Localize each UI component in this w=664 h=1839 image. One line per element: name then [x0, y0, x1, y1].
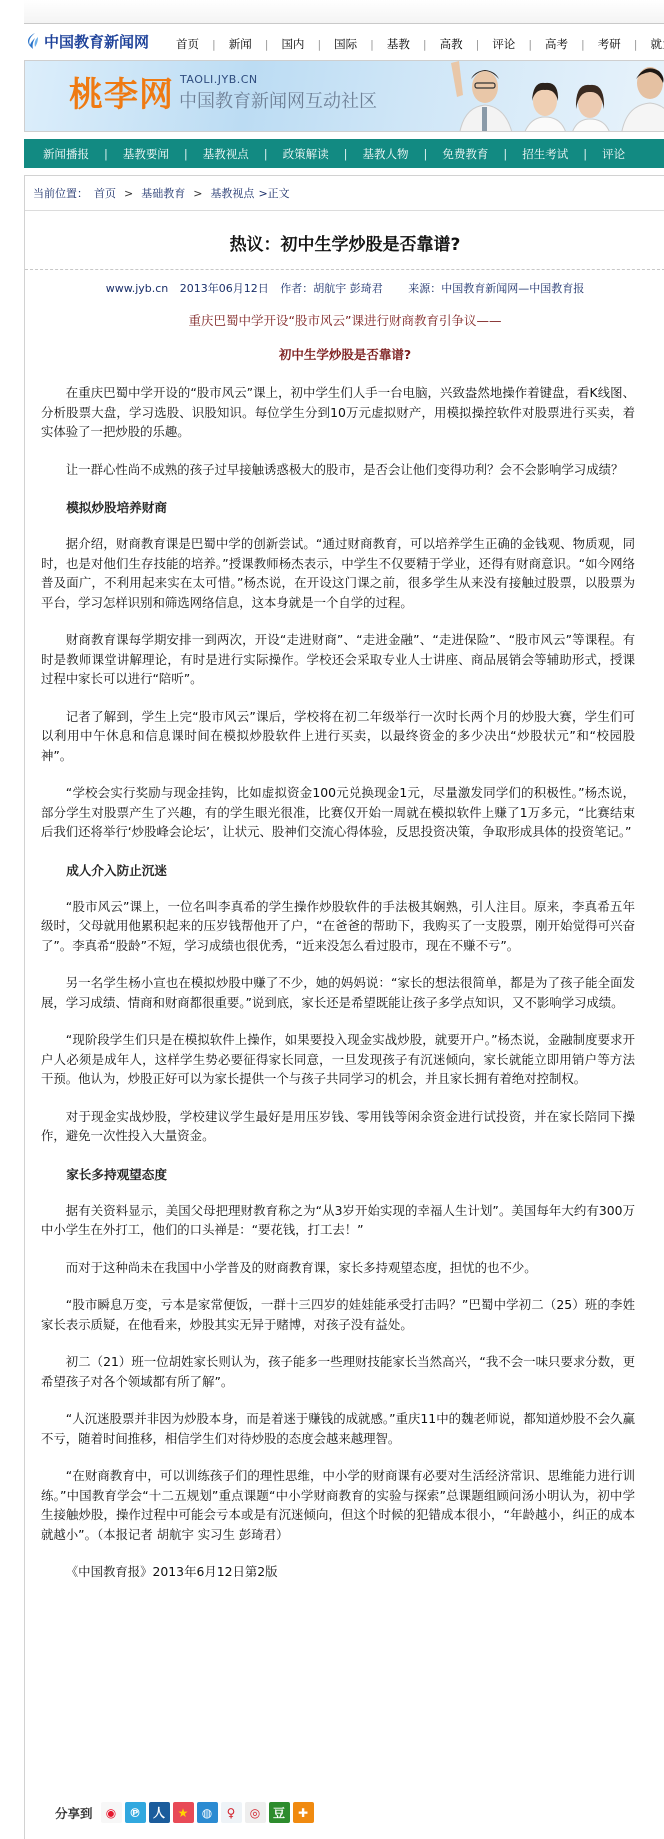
- breadcrumb-viewpoint[interactable]: 基教视点: [210, 185, 254, 201]
- section-heading: 家长多持观望态度: [41, 1164, 635, 1183]
- article-paragraph: 在重庆巴蜀中学开设的“股市风云”课上，初中学生们人手一台电脑，兴致盎然地操作着键…: [41, 383, 635, 442]
- section-nav-link[interactable]: 基教视点: [203, 146, 249, 162]
- article-paragraph: 让一群心性尚不成熟的孩子过早接触诱惑极大的股市，是否会让他们变得功利？会不会影响…: [41, 460, 635, 480]
- nav-separator: |: [423, 38, 427, 51]
- top-nav-link[interactable]: 国内: [281, 36, 304, 52]
- article-paragraph: “学校会实行奖励与现金挂钩，比如虚拟资金100元兑换现金1元，尽量激发同学们的积…: [41, 783, 635, 842]
- nav-separator: |: [581, 38, 585, 51]
- nav-separator: |: [424, 147, 428, 161]
- article-paragraph: 财商教育课每学期安排一到两次，开设“走进财商”、“走进金融”、“走进保险”、“股…: [41, 630, 635, 689]
- section-nav-link[interactable]: 基教要闻: [123, 146, 169, 162]
- section-nav-item: |基教人物: [329, 146, 409, 162]
- section-nav: 新闻播报|基教要闻|基教视点|政策解读|基教人物|免费教育|招生考试|评论: [24, 139, 664, 168]
- section-nav-link[interactable]: 评论: [602, 146, 625, 162]
- section-nav-link[interactable]: 政策解读: [283, 146, 329, 162]
- nav-separator: |: [104, 147, 108, 161]
- top-nav-item: 首页: [176, 36, 199, 52]
- article-meta: www.jyb.cn 2013年06月12日 作者：胡航宇 彭琦君 来源：中国教…: [25, 280, 664, 296]
- article-container: 当前位置： 首页 > 基础教育 > 基教视点 >正文 热议：初中生学炒股是否靠谱…: [24, 175, 664, 1839]
- section-nav-link[interactable]: 招生考试: [522, 146, 568, 162]
- top-nav-link[interactable]: 就业: [650, 36, 664, 52]
- article-subtitle: 初中生学炒股是否靠谱?: [25, 345, 664, 363]
- top-nav-item: |国内: [252, 36, 305, 52]
- top-nav-link[interactable]: 高考: [545, 36, 568, 52]
- top-nav-item: |评论: [463, 36, 516, 52]
- top-nav-item: |国际: [304, 36, 357, 52]
- section-nav-item: |基教要闻: [89, 146, 169, 162]
- top-nav-item: |高考: [515, 36, 568, 52]
- article-paragraph: “股市瞬息万变，亏本是家常便饭，一群十三四岁的娃娃能承受打击吗？”巴蜀中学初二（…: [41, 1295, 635, 1334]
- nav-separator: |: [212, 38, 216, 51]
- nav-separator: |: [634, 38, 638, 51]
- article-paragraph: 而对于这种尚未在我国中小学普及的财商教育课，家长多持观望态度，担忧的也不少。: [41, 1258, 635, 1278]
- share-tencent-weibo-icon[interactable]: ♀: [221, 1802, 242, 1823]
- article-paragraph: “在财商教育中，可以训练孩子们的理性思维，中小学的财商课有必要对生活经济常识、思…: [41, 1466, 635, 1544]
- top-nav-link[interactable]: 评论: [492, 36, 515, 52]
- banner-subtitle: 中国教育新闻网互动社区: [179, 87, 377, 113]
- banner-brand: 桃李网: [69, 67, 174, 116]
- top-nav-link[interactable]: 考研: [598, 36, 621, 52]
- nav-separator: |: [528, 38, 532, 51]
- nav-separator: |: [344, 147, 348, 161]
- section-heading: 成人介入防止沉迷: [41, 860, 635, 879]
- section-nav-item: 新闻播报: [43, 146, 89, 162]
- breadcrumb: 当前位置： 首页 > 基础教育 > 基教视点 >正文: [25, 176, 664, 211]
- section-nav-link[interactable]: 新闻播报: [43, 146, 89, 162]
- flame-logo-icon: [26, 32, 40, 50]
- banner-domain: TAOLI.JYB.CN: [180, 73, 258, 86]
- top-nav-link[interactable]: 新闻: [229, 36, 252, 52]
- nav-separator: |: [583, 147, 587, 161]
- article-paragraph: 据有关资料显示，美国父母把理财教育称之为“从3岁开始实现的幸福人生计划”。美国每…: [41, 1201, 635, 1240]
- section-nav-item: |基教视点: [169, 146, 249, 162]
- breadcrumb-label: 当前位置：: [33, 185, 88, 201]
- article-kicker: 重庆巴蜀中学开设“股市风云”课进行财商教育引争议——: [25, 311, 664, 329]
- top-nav-link[interactable]: 基教: [387, 36, 410, 52]
- top-nav: 首页|新闻|国内|国际|基教|高教|评论|高考|考研|就业|教学: [176, 36, 664, 52]
- nav-separator: |: [503, 147, 507, 161]
- top-nav-item: |基教: [357, 36, 410, 52]
- article-paragraph: “现阶段学生们只是在模拟软件上操作，如果要投入现金实战炒股，就要开户。”杨杰说，…: [41, 1030, 635, 1089]
- nav-separator: |: [317, 38, 321, 51]
- share-renren-icon[interactable]: 人: [149, 1802, 170, 1823]
- share-netease-icon[interactable]: ◎: [245, 1802, 266, 1823]
- divider: [25, 269, 664, 270]
- nav-separator: |: [184, 147, 188, 161]
- top-nav-link[interactable]: 国际: [334, 36, 357, 52]
- logo-text: 中国教育新闻网: [44, 31, 149, 52]
- share-label: 分享到: [55, 1804, 93, 1822]
- top-nav-link[interactable]: 高教: [440, 36, 463, 52]
- top-nav-item: |考研: [568, 36, 621, 52]
- article-paragraph: 对于现金实战炒股，学校建议学生最好是用压岁钱、零用钱等闲余资金进行试投资，并在家…: [41, 1107, 635, 1146]
- section-nav-link[interactable]: 免费教育: [442, 146, 488, 162]
- section-nav-item: |政策解读: [249, 146, 329, 162]
- meta-date: 2013年06月12日: [180, 282, 269, 295]
- top-nav-link[interactable]: 首页: [176, 36, 199, 52]
- article-paragraph: “股市风云”课上，一位名叫李真希的学生操作炒股软件的手法极其娴熟，引人注目。原来…: [41, 897, 635, 956]
- breadcrumb-separator: >: [193, 187, 202, 200]
- students-photo-icon: [445, 60, 664, 132]
- site-header: 中国教育新闻网 首页|新闻|国内|国际|基教|高教|评论|高考|考研|就业|教学: [24, 24, 664, 60]
- article-title: 热议：初中生学炒股是否靠谱?: [25, 233, 664, 269]
- section-heading: 模拟炒股培养财商: [41, 497, 635, 516]
- share-more-icon[interactable]: ✚: [293, 1802, 314, 1823]
- site-logo[interactable]: 中国教育新闻网: [26, 29, 149, 53]
- article-paragraph: 另一名学生杨小宣也在模拟炒股中赚了不少，她的妈妈说：“家长的想法很简单，都是为了…: [41, 973, 635, 1012]
- breadcrumb-basic-education[interactable]: 基础教育: [141, 185, 185, 201]
- share-weibo-icon[interactable]: ◉: [101, 1802, 122, 1823]
- share-icon-group: ◉℗人★◍♀◎豆✚: [101, 1802, 317, 1823]
- share-kaixin-icon[interactable]: ★: [173, 1802, 194, 1823]
- share-qzone-globe-icon[interactable]: ◍: [197, 1802, 218, 1823]
- breadcrumb-home[interactable]: 首页: [94, 185, 116, 201]
- article-body: 在重庆巴蜀中学开设的“股市风云”课上，初中学生们人手一台电脑，兴致盎然地操作着键…: [25, 383, 664, 1582]
- article-paragraph: 据介绍，财商教育课是巴蜀中学的创新尝试。“通过财商教育，可以培养学生正确的金钱观…: [41, 534, 635, 612]
- meta-author: 作者：胡航宇 彭琦君: [280, 282, 383, 295]
- section-nav-item: |招生考试: [488, 146, 568, 162]
- nav-separator: |: [476, 38, 480, 51]
- share-douban-icon[interactable]: 豆: [269, 1802, 290, 1823]
- section-nav-link[interactable]: 基教人物: [363, 146, 409, 162]
- share-pengyou-icon[interactable]: ℗: [125, 1802, 146, 1823]
- top-nav-item: |新闻: [199, 36, 252, 52]
- article-paragraph: 初二（21）班一位胡姓家长则认为，孩子能多一些理财技能家长当然高兴，“我不会一味…: [41, 1352, 635, 1391]
- top-nav-item: |高教: [410, 36, 463, 52]
- nav-separator: |: [370, 38, 374, 51]
- breadcrumb-current: >正文: [258, 185, 289, 201]
- taoli-banner[interactable]: 桃李网 TAOLI.JYB.CN 中国教育新闻网互动社区: [24, 60, 664, 132]
- nav-separator: |: [265, 38, 269, 51]
- share-bar: 分享到 ◉℗人★◍♀◎豆✚: [55, 1802, 317, 1823]
- article-paragraph: 记者了解到，学生上完“股市风云”课后，学校将在初二年级举行一次时长两个月的炒股大…: [41, 707, 635, 766]
- meta-site: www.jyb.cn: [106, 282, 169, 295]
- top-nav-item: |就业: [621, 36, 664, 52]
- nav-separator: |: [264, 147, 268, 161]
- section-nav-item: |免费教育: [409, 146, 489, 162]
- article-paragraph: “人沉迷股票并非因为炒股本身，而是着迷于赚钱的成就感。”重庆11中的魏老师说，都…: [41, 1409, 635, 1448]
- meta-source: 来源：中国教育新闻网—中国教育报: [408, 282, 584, 295]
- breadcrumb-separator: >: [124, 187, 133, 200]
- article-source-line: 《中国教育报》2013年6月12日第2版: [41, 1562, 635, 1582]
- section-nav-item: |评论: [568, 146, 625, 162]
- browser-top-strip: [24, 0, 664, 24]
